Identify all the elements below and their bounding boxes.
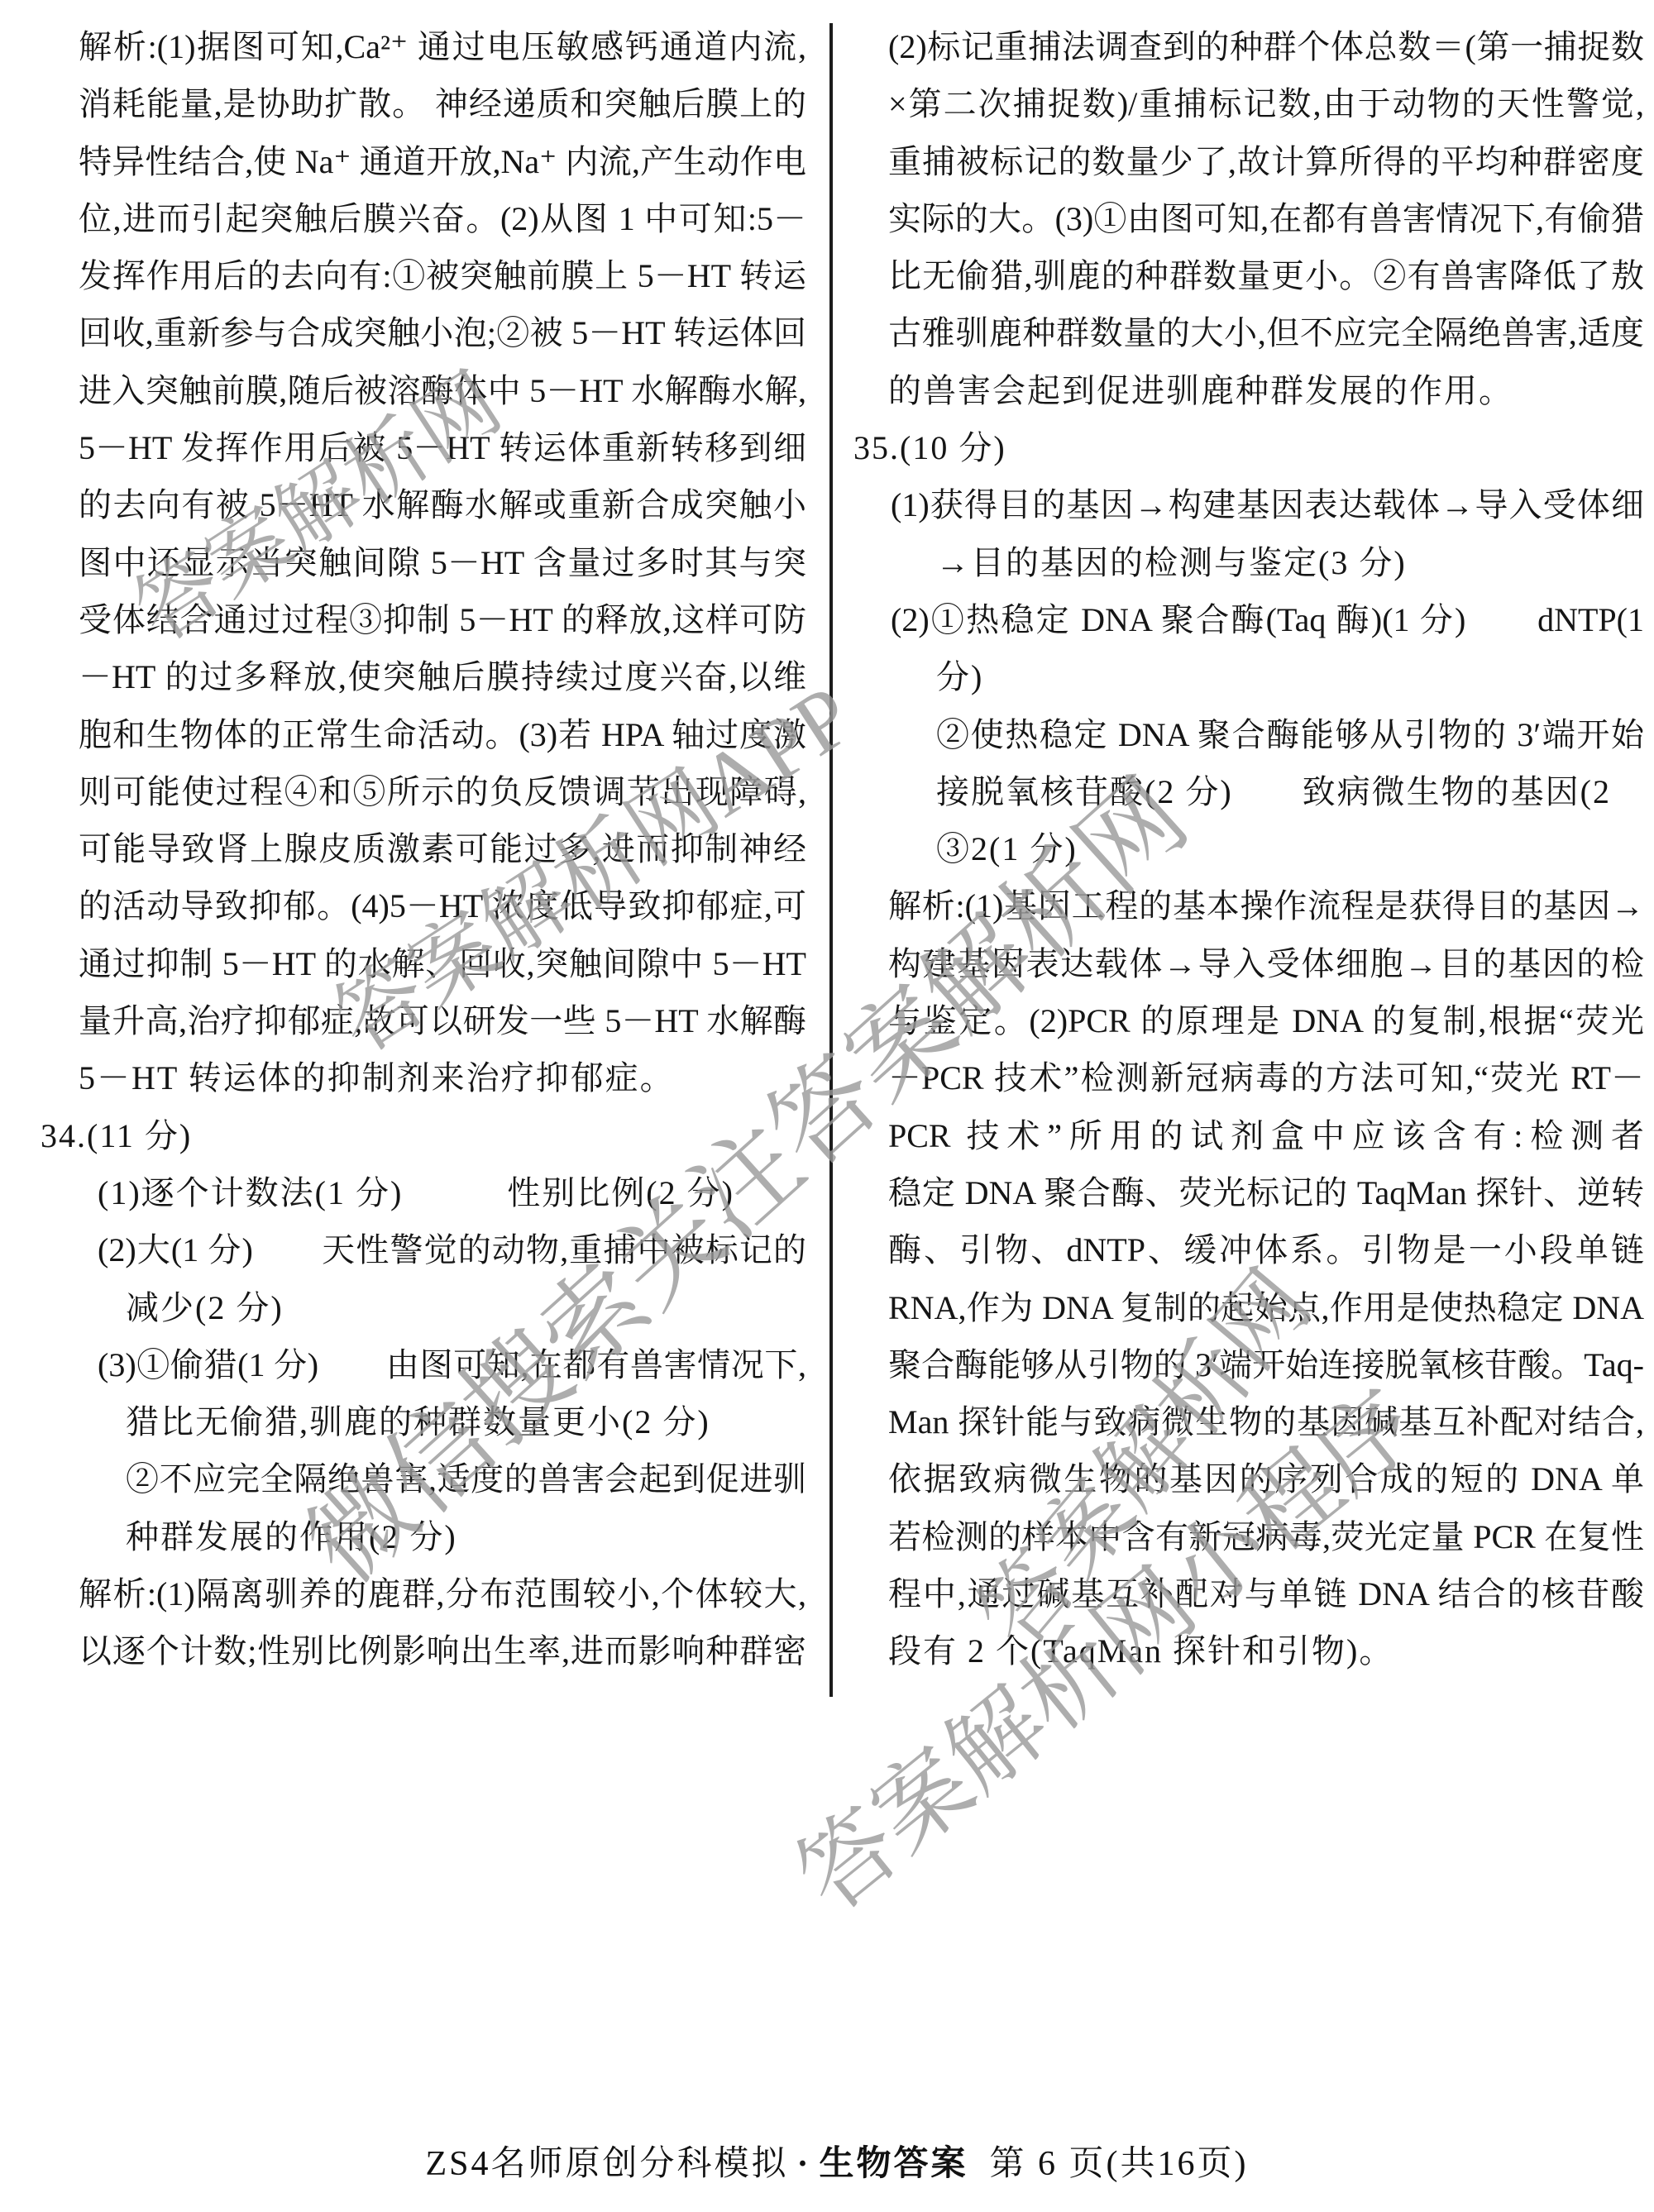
text-line: 的活动导致抑郁。(4)5－HT 浓度低导致抑郁症,可以: [41, 877, 806, 934]
text-line: 比无偷猎,驯鹿的种群数量更小。②有兽害降低了敖鲁: [853, 247, 1644, 304]
text-line: ×第二次捕捉数)/重捕标记数,由于动物的天性警觉,: [853, 75, 1644, 132]
text-line: 消耗能量,是协助扩散。 神经递质和突触后膜上的受体: [41, 75, 806, 132]
text-line: →目的基因的检测与鉴定(3 分): [853, 534, 1644, 591]
text-line: (2)大(1 分) 天性警觉的动物,重捕中被标记的数量会: [41, 1221, 806, 1278]
text-line: 程中,通过碱基互补配对与单链 DNA 结合的核苷酸片: [853, 1565, 1644, 1622]
text-line: 进入突触前膜,随后被溶酶体中 5－HT 水解酶水解,即: [41, 362, 806, 419]
text-line: (2)①热稳定 DNA 聚合酶(Taq 酶)(1 分) dNTP(1: [853, 591, 1644, 648]
text-line: PCR 技术”所用的试剂盒中应该含有:检测者 mRNA、热: [853, 1107, 1644, 1164]
text-line: 特异性结合,使 Na⁺ 通道开放,Na⁺ 内流,产生动作电: [41, 133, 806, 190]
text-line: 解析:(1)据图可知,Ca²⁺ 通过电压敏感钙通道内流,不: [41, 18, 806, 75]
text-line: 的去向有被 5－HT 水解酶水解或重新合成突触小泡。: [41, 476, 806, 533]
text-line: 受体结合通过过程③抑制 5－HT 的释放,这样可防止 5: [41, 591, 806, 648]
text-line: 回收,重新参与合成突触小泡;②被 5－HT 转运体回收: [41, 304, 806, 361]
footer-separator-dot: ·: [797, 2145, 811, 2183]
text-line: 图中还显示当突触间隙 5－HT 含量过多时其与突触前: [41, 534, 806, 591]
text-line: 以逐个计数;性别比例影响出生率,进而影响种群密度。: [41, 1622, 806, 1679]
text-line: ③2(1 分): [853, 820, 1644, 877]
text-line: 位,进而引起突触后膜兴奋。(2)从图 1 中可知:5－HT: [41, 190, 806, 247]
text-line: 分): [853, 648, 1644, 705]
text-line: Man 探针能与致病微生物的基因碱基互补配对结合,是: [853, 1393, 1644, 1450]
text-line: －HT 的过多释放,使突触后膜持续过度兴奋,以维持细: [41, 648, 806, 705]
text-line: 与鉴定。(2)PCR 的原理是 DNA 的复制,根据“荧光 RT: [853, 992, 1644, 1049]
text-line: 种群发展的作用(2 分): [41, 1508, 806, 1565]
text-line: 发挥作用后的去向有:①被突触前膜上 5－HT 转运体: [41, 247, 806, 304]
text-line: (2)标记重捕法调查到的种群个体总数＝(第一捕捉数: [853, 18, 1644, 75]
text-line: 猎比无偷猎,驯鹿的种群数量更小(2 分): [41, 1393, 806, 1450]
text-line: (3)①偷猎(1 分) 由图可知,在都有兽害情况下,有偷: [41, 1336, 806, 1393]
text-line: 34.(11 分): [41, 1107, 806, 1164]
text-line: RNA,作为 DNA 复制的起始点,作用是使热稳定 DNA: [853, 1279, 1644, 1336]
text-line: 通过抑制 5－HT 的水解、回收,突触间隙中 5－HT 含: [41, 935, 806, 992]
text-line: 5－HT 发挥作用后被 5－HT 转运体重新转移到细胞内: [41, 419, 806, 476]
text-line: (1)获得目的基因→构建基因表达载体→导入受体细胞: [853, 476, 1644, 533]
text-line: 的兽害会起到促进驯鹿种群发展的作用。: [853, 362, 1644, 419]
text-line: 段有 2 个(TaqMan 探针和引物)。: [853, 1622, 1644, 1679]
text-line: －PCR 技术”检测新冠病毒的方法可知,“荧光 RT－: [853, 1049, 1644, 1106]
text-line: 减少(2 分): [41, 1279, 806, 1336]
text-line: 实际的大。(3)①由图可知,在都有兽害情况下,有偷猎: [853, 190, 1644, 247]
text-line: 若检测的样本中含有新冠病毒,荧光定量 PCR 在复性过: [853, 1508, 1644, 1565]
footer-subject-title: 生物答案: [820, 2145, 968, 2183]
right-column: (2)标记重捕法调查到的种群个体总数＝(第一捕捉数×第二次捕捉数)/重捕标记数,…: [853, 18, 1644, 1680]
page-footer: ZS4名师原创分科模拟·生物答案第 6 页(共16页): [425, 2136, 1248, 2186]
text-line: 可能导致肾上腺皮质激素可能过多,进而抑制神经系统: [41, 820, 806, 877]
text-line: 构建基因表达载体→导入受体细胞→目的基因的检测: [853, 935, 1644, 992]
text-line: 35.(10 分): [853, 419, 1644, 476]
text-line: 5－HT 转运体的抑制剂来治疗抑郁症。: [41, 1049, 806, 1106]
text-line: 古雅驯鹿种群数量的大小,但不应完全隔绝兽害,适度: [853, 304, 1644, 361]
text-line: 聚合酶能够从引物的 3′端开始连接脱氧核苷酸。Taq-: [853, 1336, 1644, 1393]
left-column: 解析:(1)据图可知,Ca²⁺ 通过电压敏感钙通道内流,不消耗能量,是协助扩散。…: [41, 18, 806, 1680]
text-line: 稳定 DNA 聚合酶、荧光标记的 TaqMan 探针、逆转录: [853, 1164, 1644, 1221]
text-line: 酶、引物、dNTP、缓冲体系。引物是一小段单链 DNA 或: [853, 1221, 1644, 1278]
text-line: 则可能使过程④和⑤所示的负反馈调节出现障碍,因而: [41, 763, 806, 820]
column-divider-rule: [829, 23, 833, 1697]
footer-series-title: ZS4名师原创分科模拟: [425, 2145, 788, 2183]
text-line: 量升高,治疗抑郁症,故可以研发一些 5－HT 水解酶和: [41, 992, 806, 1049]
footer-page-number: 第 6 页(共16页): [990, 2145, 1249, 2183]
text-line: (1)逐个计数法(1 分) 性别比例(2 分): [41, 1164, 806, 1221]
text-line: 接脱氧核苷酸(2 分) 致病微生物的基因(2 分): [853, 763, 1644, 820]
text-line: 重捕被标记的数量少了,故计算所得的平均种群密度比: [853, 133, 1644, 190]
text-line: ②不应完全隔绝兽害,适度的兽害会起到促进驯鹿: [41, 1450, 806, 1507]
scanned-answer-page: { "footer": { "series": "ZS4名师原创分科模拟", "…: [0, 0, 1654, 2212]
text-line: 依据致病微生物的基因的序列合成的短的 DNA 单链。: [853, 1450, 1644, 1507]
text-line: ②使热稳定 DNA 聚合酶能够从引物的 3′端开始连: [853, 706, 1644, 763]
text-line: 胞和生物体的正常生命活动。(3)若 HPA 轴过度激活,: [41, 706, 806, 763]
text-line: 解析:(1)基因工程的基本操作流程是获得目的基因→: [853, 877, 1644, 934]
text-line: 解析:(1)隔离驯养的鹿群,分布范围较小,个体较大,可: [41, 1565, 806, 1622]
